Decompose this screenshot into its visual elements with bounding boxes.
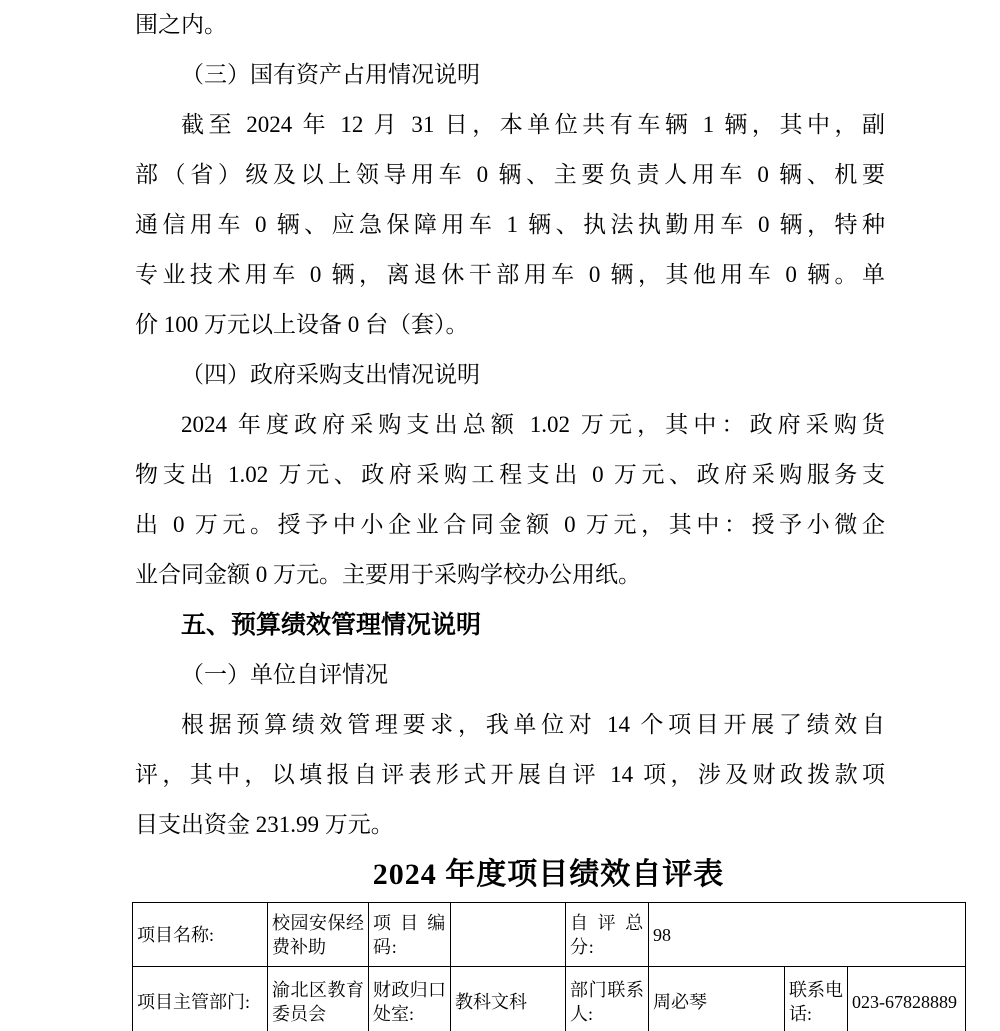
table-row: 项目名称: 校园安保经费补助 项目编码: 自评总分: 98 — [133, 903, 966, 967]
paragraph-line: 专业技术用车 0 辆，离退休干部用车 0 辆，其他用车 0 辆。单 — [135, 250, 885, 300]
section-3-heading: （三）国有资产占用情况说明 — [135, 50, 885, 100]
cell-phone-value: 023-67828889 — [848, 967, 966, 1031]
cell-project-code-label: 项目编码: — [369, 903, 451, 967]
paragraph-line: 根据预算绩效管理要求，我单位对 14 个项目开展了绩效自 — [135, 700, 885, 750]
cell-finance-office-value: 教科文科 — [451, 967, 566, 1031]
subsection-1-heading: （一）单位自评情况 — [135, 650, 885, 700]
paragraph-line: 2024 年度政府采购支出总额 1.02 万元，其中：政府采购货 — [135, 400, 885, 450]
cell-contact-value: 周必琴 — [649, 967, 785, 1031]
cell-phone-label: 联系电话: — [785, 967, 848, 1031]
paragraph-line: 物支出 1.02 万元、政府采购工程支出 0 万元、政府采购服务支 — [135, 450, 885, 500]
cell-self-score-label: 自评总分: — [566, 903, 649, 967]
paragraph-line: 目支出资金 231.99 万元。 — [135, 800, 885, 850]
cell-project-name-label: 项目名称: — [133, 903, 268, 967]
cell-self-score-value: 98 — [649, 903, 966, 967]
section-5-heading: 五、预算绩效管理情况说明 — [135, 600, 885, 650]
paragraph-line: 截至 2024 年 12 月 31 日，本单位共有车辆 1 辆，其中，副 — [135, 100, 885, 150]
section-4-heading: （四）政府采购支出情况说明 — [135, 350, 885, 400]
paragraph-line: 部（省）级及以上领导用车 0 辆、主要负责人用车 0 辆、机要 — [135, 150, 885, 200]
paragraph-line: 价 100 万元以上设备 0 台（套）。 — [135, 300, 885, 350]
self-evaluation-table: 项目名称: 校园安保经费补助 项目编码: 自评总分: 98 项目主管部门: 渝北… — [132, 902, 966, 1031]
cell-project-code-value — [451, 903, 566, 967]
document-body: 围之内。 （三）国有资产占用情况说明 截至 2024 年 12 月 31 日，本… — [135, 0, 885, 850]
cell-finance-office-label: 财政归口处室: — [369, 967, 451, 1031]
cell-project-name-value: 校园安保经费补助 — [268, 903, 369, 967]
cell-contact-label: 部门联系人: — [566, 967, 649, 1031]
paragraph-continuation-line: 围之内。 — [135, 0, 885, 50]
document-page: 围之内。 （三）国有资产占用情况说明 截至 2024 年 12 月 31 日，本… — [0, 0, 1000, 1031]
cell-dept-label: 项目主管部门: — [133, 967, 268, 1031]
table-title: 2024 年度项目绩效自评表 — [132, 850, 965, 900]
paragraph-line: 出 0 万元。授予中小企业合同金额 0 万元，其中：授予小微企 — [135, 500, 885, 550]
table-row: 项目主管部门: 渝北区教育委员会 财政归口处室: 教科文科 部门联系人: 周必琴… — [133, 967, 966, 1031]
paragraph-line: 业合同金额 0 万元。主要用于采购学校办公用纸。 — [135, 550, 885, 600]
self-evaluation-section: 2024 年度项目绩效自评表 项目名称: 校园安保经费补助 项目编码: 自评总分… — [132, 850, 965, 1031]
cell-dept-value: 渝北区教育委员会 — [268, 967, 369, 1031]
paragraph-line: 评，其中，以填报自评表形式开展自评 14 项，涉及财政拨款项 — [135, 750, 885, 800]
paragraph-line: 通信用车 0 辆、应急保障用车 1 辆、执法执勤用车 0 辆，特种 — [135, 200, 885, 250]
